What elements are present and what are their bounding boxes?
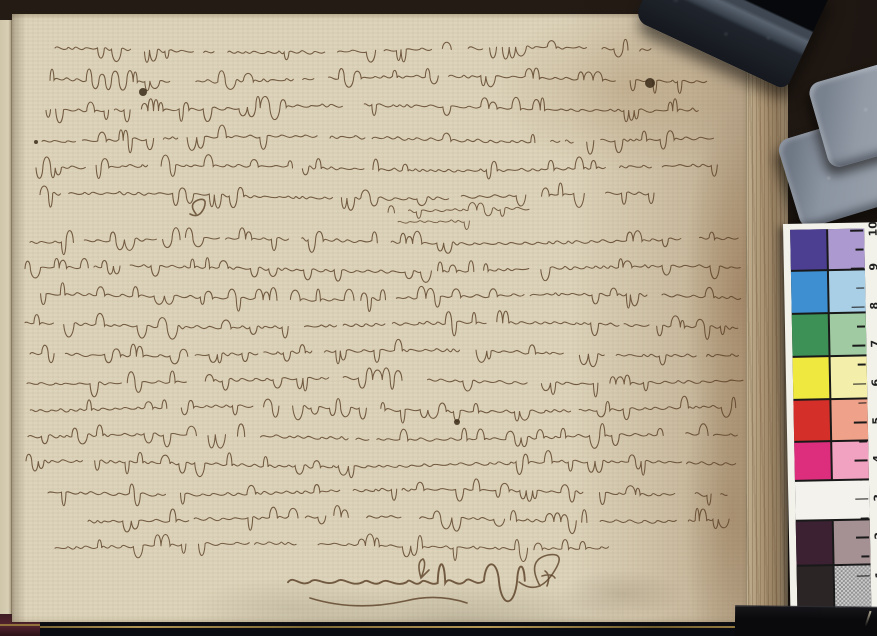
swatch-row-eggplant xyxy=(796,520,871,564)
swatch-eggplant xyxy=(796,521,833,565)
ruler-tick-major xyxy=(855,460,868,462)
ruler-tick-major xyxy=(851,268,864,270)
swatch-white xyxy=(795,480,870,519)
black-weight-bottom-right xyxy=(735,605,877,636)
ruler-tick-minor xyxy=(860,479,868,481)
swatch-black xyxy=(835,565,872,609)
ruler-tick-minor xyxy=(856,287,864,289)
swatch-green xyxy=(792,314,829,356)
swatch-eggplant xyxy=(834,520,871,564)
swatch-yellow xyxy=(793,357,830,399)
ruler-tick-minor xyxy=(858,402,866,404)
ruler-tick-major xyxy=(854,421,867,423)
swatch-red xyxy=(793,400,830,441)
swatch-blue xyxy=(791,271,828,313)
ruler-tick-major xyxy=(856,537,869,539)
ruler-tick-major xyxy=(855,498,868,500)
ruler-number: 6 xyxy=(869,374,877,390)
gilt-fillet-line xyxy=(0,624,40,626)
ruler-number: 4 xyxy=(871,451,877,467)
ruler-tick-minor xyxy=(858,364,866,366)
ruler-tick-major xyxy=(852,306,865,308)
ruler-tick-minor xyxy=(859,441,867,443)
manuscript-page xyxy=(12,14,746,622)
ruler-number: 3 xyxy=(872,489,877,505)
swatch-row-red xyxy=(793,399,868,440)
photograph-stage: 31 cm 10987654321 xyxy=(0,0,877,636)
swatch-row-yellow xyxy=(793,356,868,398)
text-block-fore-edge xyxy=(740,16,788,616)
swatch-black xyxy=(797,566,834,610)
swatch-row-violet xyxy=(790,228,865,269)
ruler-tick-major xyxy=(850,229,863,231)
gilt-fillet-line xyxy=(0,626,770,628)
swatch-yellow xyxy=(831,356,868,398)
ruler-tick-minor xyxy=(861,556,869,558)
swatch-row-green xyxy=(792,313,867,355)
ruler-tick-major xyxy=(853,383,866,385)
swatch-green xyxy=(830,313,867,355)
ruler-tick-minor xyxy=(855,249,863,251)
swatch-row-white xyxy=(795,480,870,519)
ruler-tick-minor xyxy=(861,517,869,519)
ruler-number: 10 xyxy=(866,221,877,237)
folio-number: 31 xyxy=(0,42,3,57)
ruler-number: 2 xyxy=(872,528,877,544)
color-calibration-card: cm 10987654321 xyxy=(783,222,877,616)
reflection-glint xyxy=(865,611,872,627)
swatch-magenta xyxy=(794,442,831,480)
ruler-number: 8 xyxy=(868,297,877,313)
swatch-red xyxy=(831,399,868,440)
ruler-number: 9 xyxy=(867,259,877,275)
ruler-number: 5 xyxy=(870,413,877,429)
swatch-violet xyxy=(790,229,827,270)
swatch-row-black xyxy=(797,565,872,609)
ruler-tick-major xyxy=(852,345,865,347)
ruler-number: 1 xyxy=(873,566,877,582)
swatch-grid xyxy=(790,228,871,609)
ruler-tick-major xyxy=(857,575,870,577)
ruler-tick-minor xyxy=(857,325,865,327)
ruler-number: 7 xyxy=(869,336,877,352)
